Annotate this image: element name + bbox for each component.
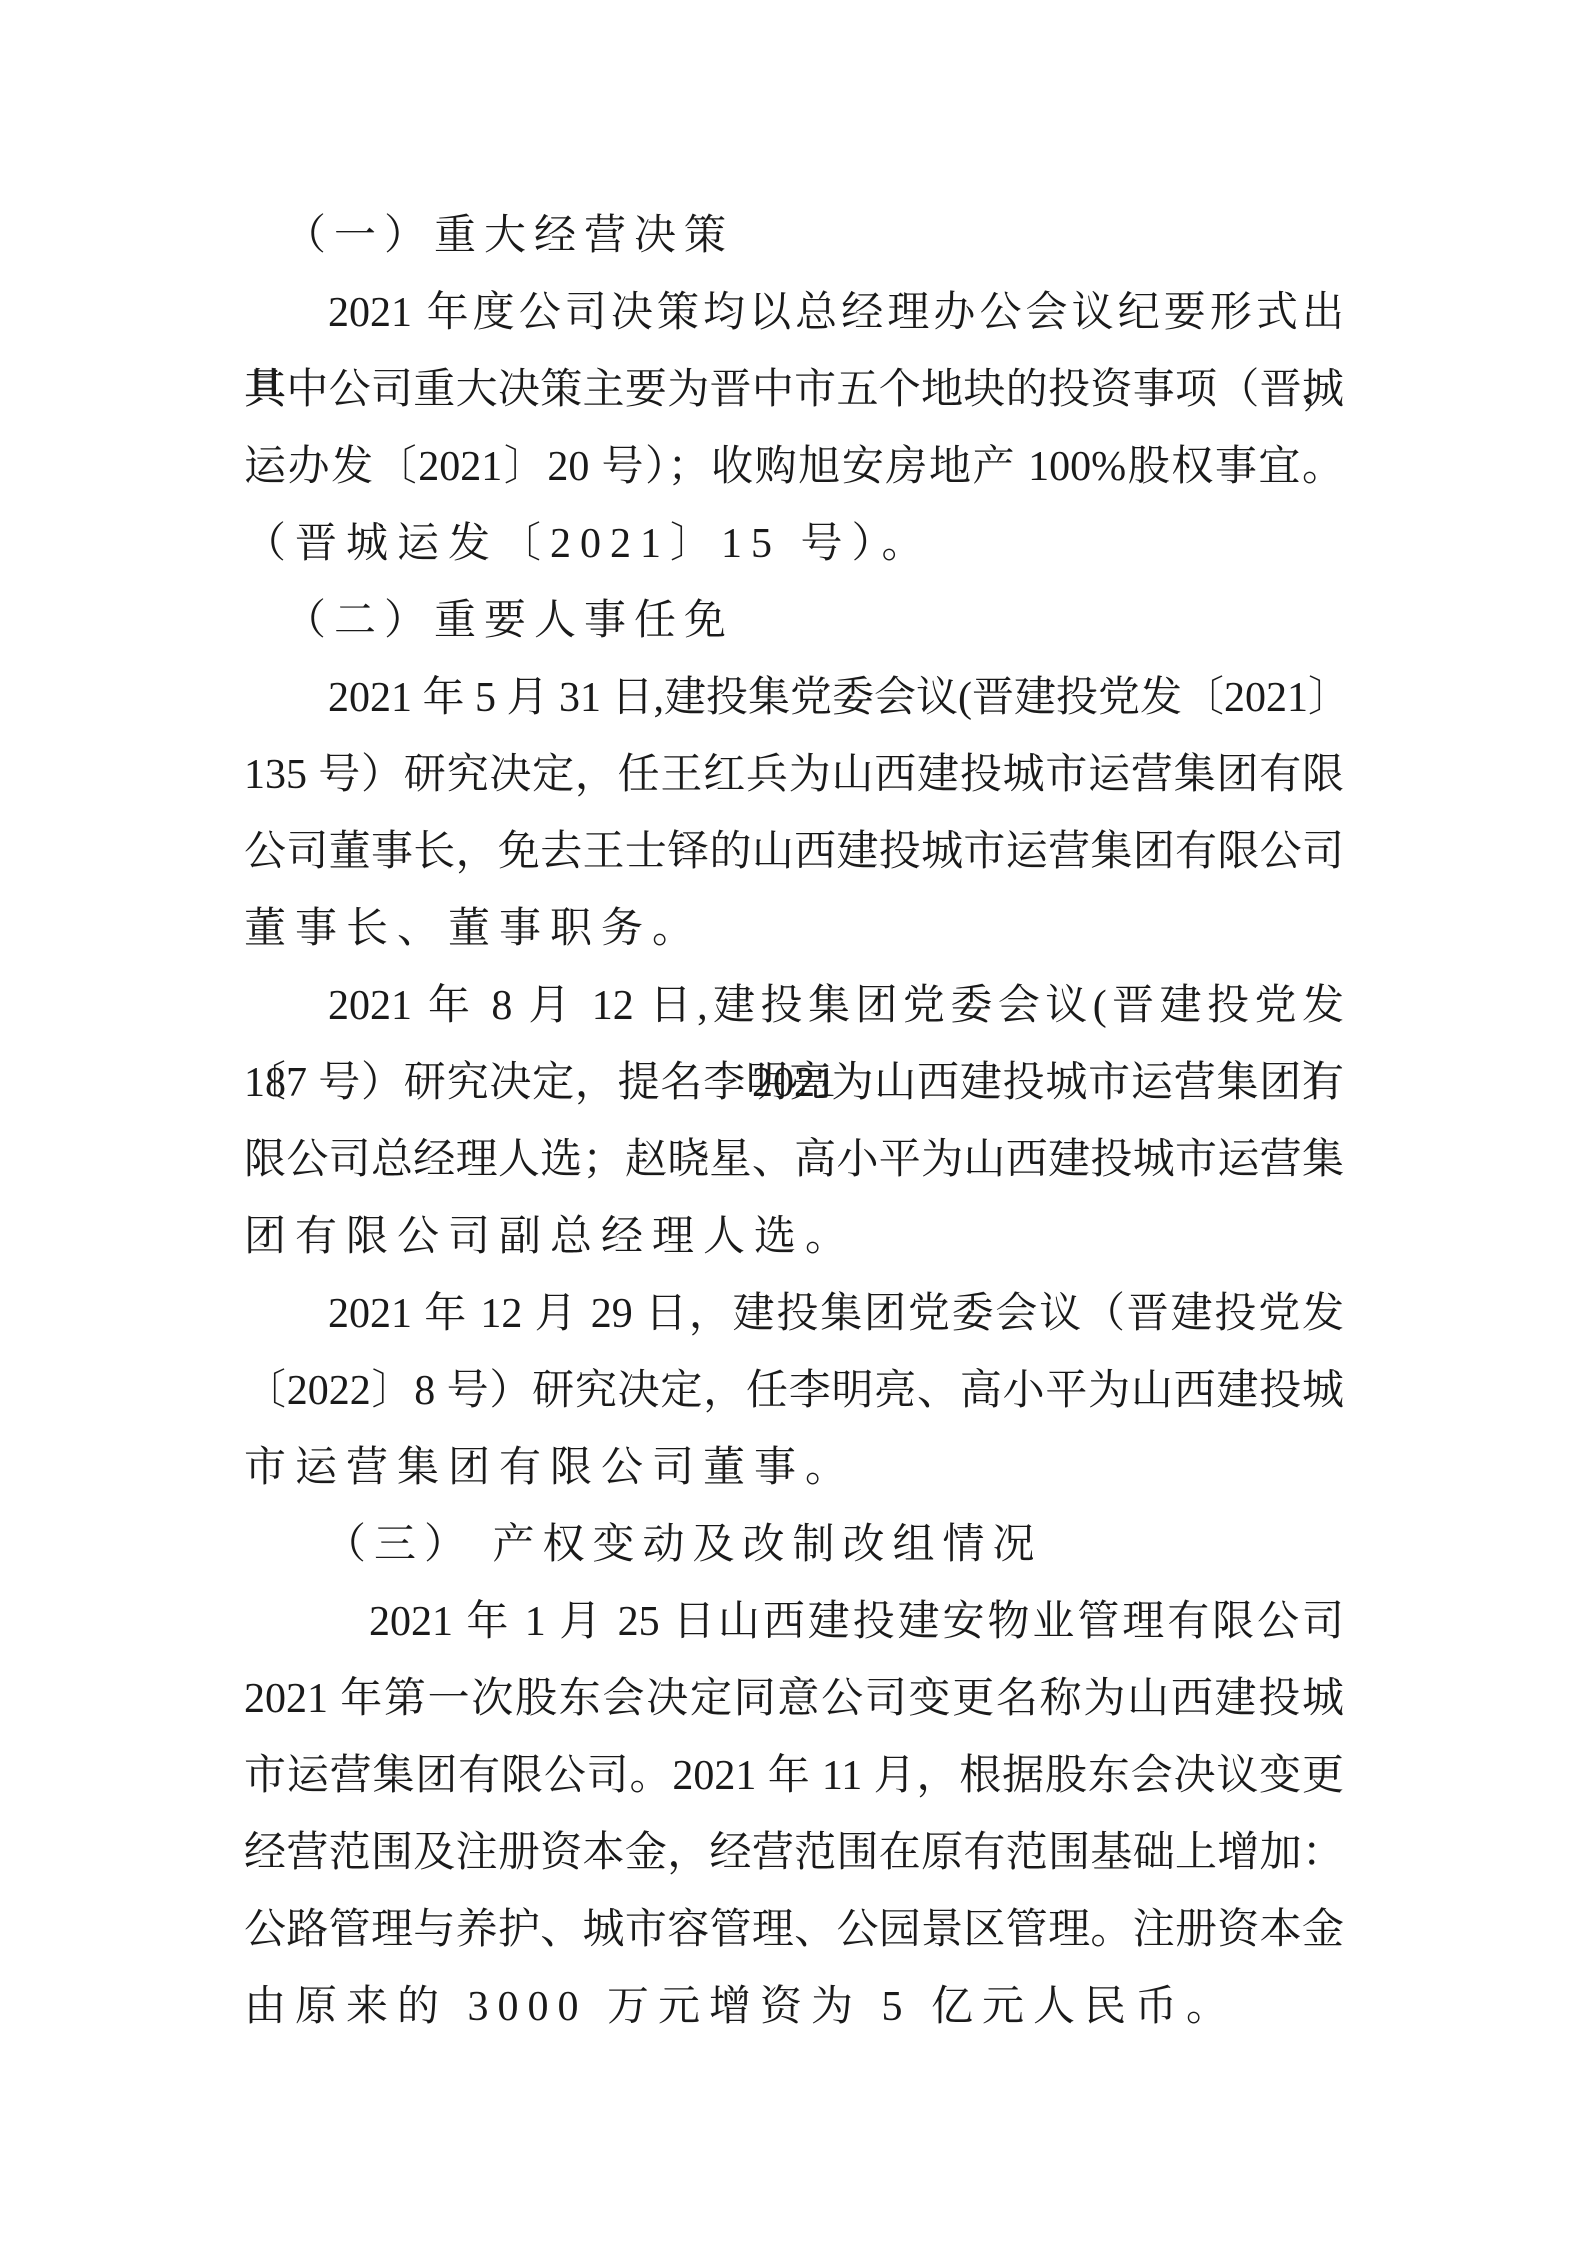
text-line: 经营范围及注册资本金，经营范围在原有范围基础上增加： (244, 1815, 1344, 1892)
section-heading: （一）重大经营决策 (244, 198, 1344, 275)
text-line: 2021 年第一次股东会决定同意公司变更名称为山西建投城 (244, 1661, 1344, 1738)
document-body: （一）重大经营决策2021 年度公司决策均以总经理办公会议纪要形式出具，其中公司… (244, 198, 1344, 2046)
text-line: 团有限公司副总经理人选。 (244, 1199, 1344, 1276)
section-heading: （二）重要人事任免 (244, 583, 1344, 660)
text-line: 其中公司重大决策主要为晋中市五个地块的投资事项（晋城 (244, 352, 1344, 429)
text-line: 2021 年 1 月 25 日山西建投建安物业管理有限公司 (244, 1584, 1344, 1661)
text-line: 2021 年度公司决策均以总经理办公会议纪要形式出具， (244, 275, 1344, 352)
text-line: 2021 年 5 月 31 日,建投集党委会议(晋建投党发〔2021〕 (244, 660, 1344, 737)
text-line: 董事长、董事职务。 (244, 891, 1344, 968)
document-page: （一）重大经营决策2021 年度公司决策均以总经理办公会议纪要形式出具，其中公司… (0, 0, 1587, 2245)
text-line: 运办发〔2021〕20 号）；收购旭安房地产 100%股权事宜。 (244, 429, 1344, 506)
text-line: 限公司总经理人选；赵晓星、高小平为山西建投城市运营集 (244, 1122, 1344, 1199)
text-line: 2021 年 8 月 12 日,建投集团党委会议(晋建投党发〔2021〕 (244, 968, 1344, 1045)
text-line: 2021 年 12 月 29 日，建投集团党委会议（晋建投党发 (244, 1276, 1344, 1353)
text-line: 〔2022〕8 号）研究决定，任李明亮、高小平为山西建投城 (244, 1353, 1344, 1430)
text-line: 公司董事长，免去王士铎的山西建投城市运营集团有限公司 (244, 814, 1344, 891)
text-line: 公路管理与养护、城市容管理、公园景区管理。注册资本金 (244, 1892, 1344, 1969)
text-line: 187 号）研究决定，提名李明亮为山西建投城市运营集团有 (244, 1045, 1344, 1122)
text-line: 市运营集团有限公司。2021 年 11 月，根据股东会决议变更 (244, 1738, 1344, 1815)
text-line: （晋城运发〔2021〕15 号）。 (244, 506, 1344, 583)
text-line: 由原来的 3000 万元增资为 5 亿元人民币。 (244, 1969, 1344, 2046)
text-line: 135 号）研究决定，任王红兵为山西建投城市运营集团有限 (244, 737, 1344, 814)
section-heading: （三） 产权变动及改制改组情况 (244, 1507, 1344, 1584)
text-line: 市运营集团有限公司董事。 (244, 1430, 1344, 1507)
